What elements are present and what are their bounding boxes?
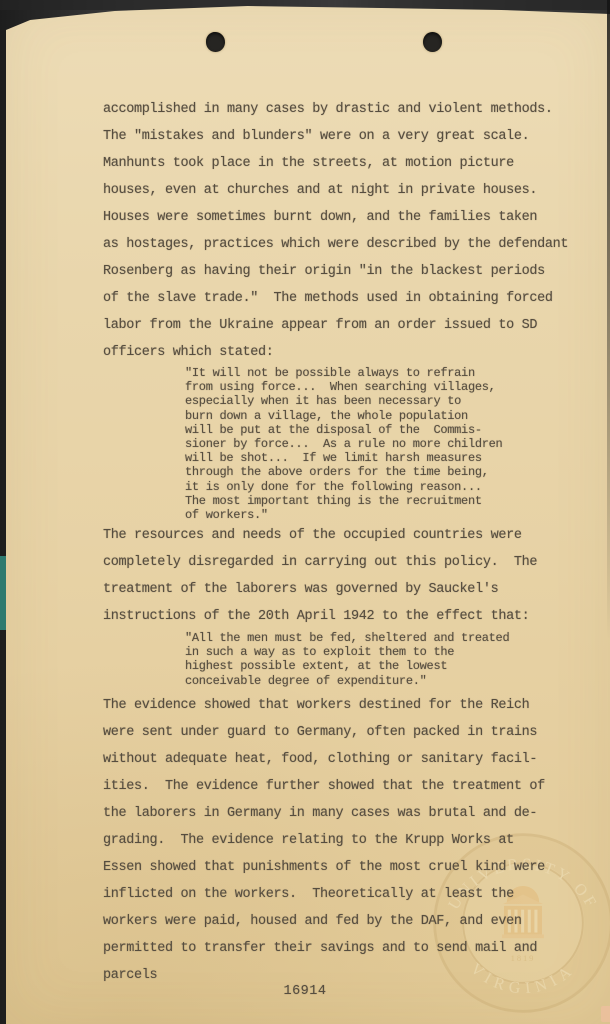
teal-edge-mark bbox=[0, 556, 6, 630]
pink-edge-mark bbox=[601, 1006, 610, 1022]
typed-paragraph: accomplished in many cases by drastic an… bbox=[103, 96, 568, 366]
block-quote: "It will not be possible always to refra… bbox=[185, 366, 502, 522]
page-number: 16914 bbox=[0, 984, 610, 999]
block-quote: "All the men must be fed, sheltered and … bbox=[185, 631, 509, 688]
scanned-document: UNIVERSITY OF VIRGINIA 1819 accomplished… bbox=[0, 0, 610, 1024]
typed-paragraph: The resources and needs of the occupied … bbox=[103, 522, 537, 630]
typed-paragraph: The evidence showed that workers destine… bbox=[103, 692, 545, 989]
punch-hole-icon bbox=[206, 32, 225, 52]
punch-hole-icon bbox=[423, 32, 442, 52]
